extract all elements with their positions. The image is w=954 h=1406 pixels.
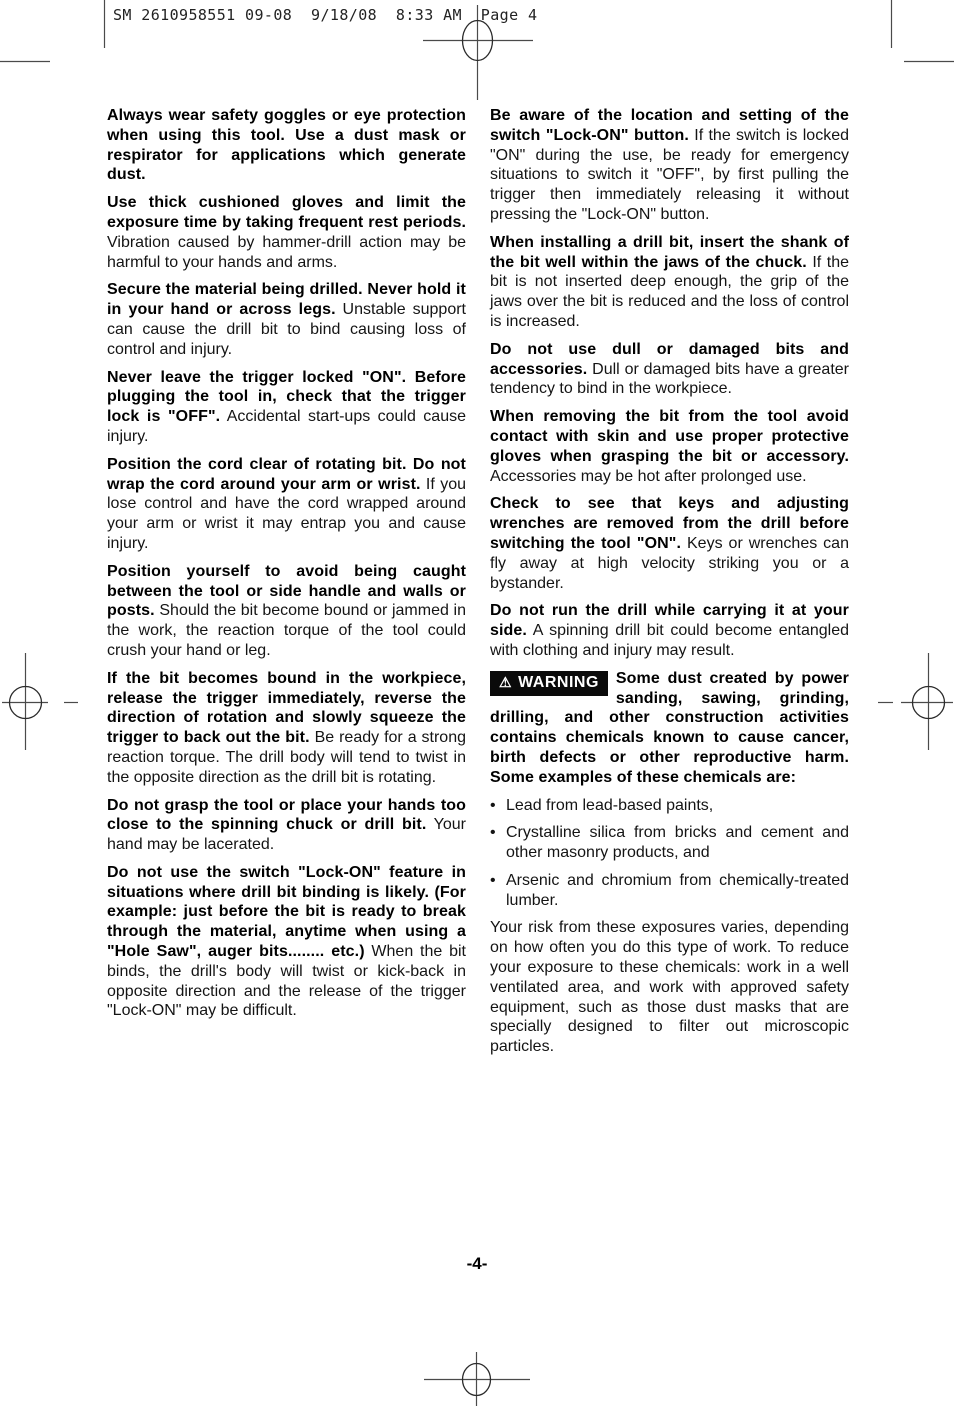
registration-mark-right-middle [878, 653, 953, 750]
left-column: Always wear safety goggles or eye protec… [107, 106, 466, 1065]
registration-mark-bottom-center [424, 1352, 530, 1406]
safety-paragraph: When removing the bit from the tool avoi… [490, 407, 849, 486]
right-column: Be aware of the location and setting of … [490, 106, 849, 1065]
two-column-text-area: Always wear safety goggles or eye protec… [107, 106, 849, 1065]
bullet-item: Lead from lead-based paints, [490, 796, 849, 816]
bullet-item: Crystalline silica from bricks and cemen… [490, 823, 849, 863]
safety-paragraph: Position the cord clear of rotating bit.… [107, 455, 466, 554]
manual-page: SM 2610958551 09-08 9/18/08 8:33 AM Page… [0, 0, 954, 1406]
safety-paragraph: Always wear safety goggles or eye protec… [107, 106, 466, 185]
closing-paragraph: Your risk from these exposures varies, d… [490, 918, 849, 1057]
page-number: -4- [427, 1254, 527, 1274]
safety-paragraph: Check to see that keys and adjusting wre… [490, 494, 849, 593]
warning-triangle-icon: ⚠ [499, 675, 512, 689]
safety-paragraph: Position yourself to avoid being caught … [107, 562, 466, 661]
safety-paragraph: Do not run the drill while carrying it a… [490, 601, 849, 660]
proof-header-line: SM 2610958551 09-08 9/18/08 8:33 AM Page… [113, 6, 537, 24]
warning-paragraph: ⚠WARNINGSome dust created by power sandi… [490, 669, 849, 788]
warning-label: WARNING [518, 675, 599, 691]
warning-badge: ⚠WARNING [490, 671, 608, 696]
safety-paragraph: Do not grasp the tool or place your hand… [107, 796, 466, 855]
safety-paragraph: Secure the material being drilled. Never… [107, 280, 466, 359]
registration-mark-left-middle [2, 653, 78, 750]
safety-paragraph: Do not use the switch "Lock-ON" feature … [107, 863, 466, 1021]
safety-paragraph: When installing a drill bit, insert the … [490, 233, 849, 332]
chemical-bullet-list: Lead from lead-based paints,Crystalline … [490, 796, 849, 911]
safety-paragraph: If the bit becomes bound in the workpiec… [107, 669, 466, 788]
safety-paragraph: Use thick cushioned gloves and limit the… [107, 193, 466, 272]
bullet-item: Arsenic and chromium from chemically-tre… [490, 871, 849, 911]
safety-paragraph: Be aware of the location and setting of … [490, 106, 849, 225]
safety-paragraph: Do not use dull or damaged bits and acce… [490, 340, 849, 399]
safety-paragraph: Never leave the trigger locked "ON". Bef… [107, 368, 466, 447]
